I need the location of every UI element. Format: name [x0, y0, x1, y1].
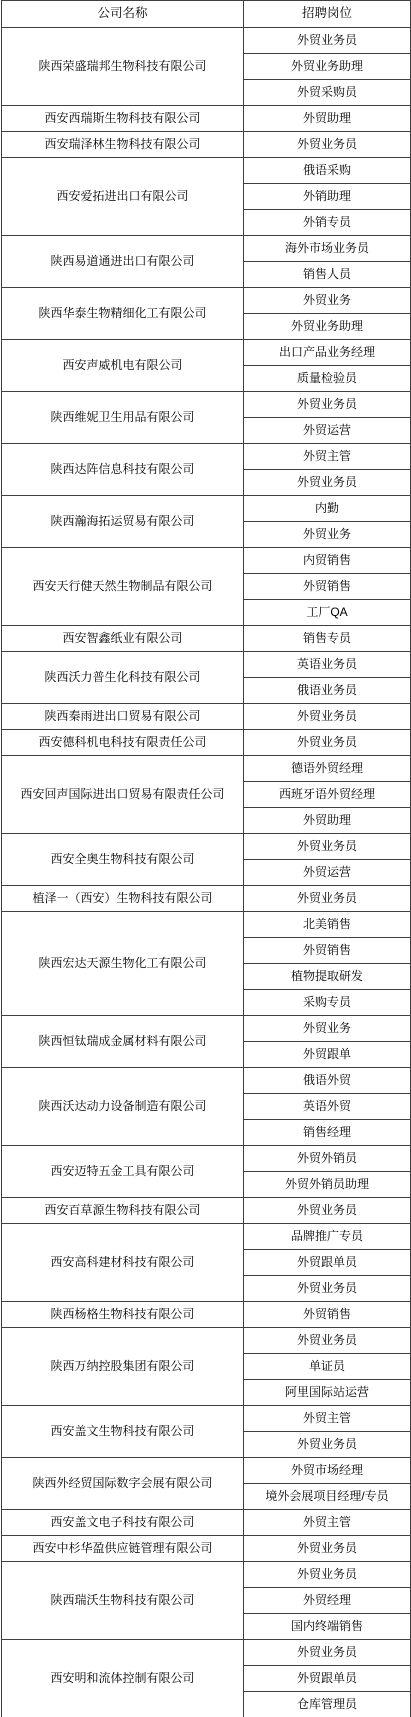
- table-row: 陕西瑞沃生物科技有限公司外贸业务员: [2, 1562, 411, 1588]
- company-name-cell: 陕西杨格生物科技有限公司: [2, 1302, 244, 1328]
- table-row: 陕西易道通进出口有限公司海外市场业务员: [2, 236, 411, 262]
- position-cell: 外贸业务助理: [244, 314, 411, 340]
- position-cell: 外贸业务员: [244, 1432, 411, 1458]
- position-cell: 销售经理: [244, 1120, 411, 1146]
- position-cell: 工厂QA: [244, 600, 411, 626]
- position-cell: 英语业务员: [244, 652, 411, 678]
- table-row: 西安回声国际进出口贸易有限责任公司德语外贸经理: [2, 756, 411, 782]
- position-cell: 外贸采购员: [244, 80, 411, 106]
- table-row: 西安盖文电子科技有限公司外贸主管: [2, 1510, 411, 1536]
- position-cell: 外贸运营: [244, 860, 411, 886]
- company-name-cell: 陕西沃达动力设备制造有限公司: [2, 1068, 244, 1146]
- position-cell: 外贸销售: [244, 574, 411, 600]
- position-cell: 内贸销售: [244, 548, 411, 574]
- table-row: 陕西荣盛瑞邦生物科技有限公司外贸业务员: [2, 28, 411, 54]
- position-cell: 销售专员: [244, 626, 411, 652]
- position-cell: 外贸业务员: [244, 1198, 411, 1224]
- table-row: 陕西宏达天源生物化工有限公司北美销售: [2, 912, 411, 938]
- table-row: 陕西华泰生物精细化工有限公司外贸业务: [2, 288, 411, 314]
- position-cell: 英语外贸: [244, 1094, 411, 1120]
- company-name-cell: 陕西秦雨进出口贸易有限公司: [2, 704, 244, 730]
- position-cell: 外贸业务员: [244, 886, 411, 912]
- header-row: 公司名称 招聘岗位: [2, 1, 411, 28]
- company-name-cell: 西安天行健天然生物制品有限公司: [2, 548, 244, 626]
- position-cell: 仓库管理员: [244, 1692, 411, 1717]
- table-row: 西安高科建材科技有限公司品牌推广专员: [2, 1224, 411, 1250]
- page: 公司名称 招聘岗位 陕西荣盛瑞邦生物科技有限公司外贸业务员外贸业务助理外贸采购员…: [0, 0, 411, 1717]
- position-cell: 外贸业务员: [244, 392, 411, 418]
- position-cell: 外贸业务员: [244, 28, 411, 54]
- company-name-cell: 陕西易道通进出口有限公司: [2, 236, 244, 288]
- position-cell: 外销专员: [244, 210, 411, 236]
- table-row: 植泽一（西安）生物科技有限公司外贸业务员: [2, 886, 411, 912]
- company-name-cell: 西安德科机电科技有限责任公司: [2, 730, 244, 756]
- table-row: 西安盖文生物科技有限公司外贸主管: [2, 1406, 411, 1432]
- position-cell: 西班牙语外贸经理: [244, 782, 411, 808]
- position-cell: 外贸跟单: [244, 1042, 411, 1068]
- table-header: 公司名称 招聘岗位: [2, 1, 411, 28]
- position-cell: 外贸业务员: [244, 1640, 411, 1666]
- position-cell: 外贸主管: [244, 444, 411, 470]
- position-cell: 单证员: [244, 1354, 411, 1380]
- position-cell: 外销助理: [244, 184, 411, 210]
- position-cell: 俄语业务员: [244, 678, 411, 704]
- company-name-cell: 西安中杉华盈供应链管理有限公司: [2, 1536, 244, 1562]
- position-cell: 北美销售: [244, 912, 411, 938]
- position-cell: 外贸经理: [244, 1588, 411, 1614]
- position-cell: 外贸业务员: [244, 1536, 411, 1562]
- position-cell: 销售人员: [244, 262, 411, 288]
- position-cell: 外贸业务员: [244, 470, 411, 496]
- company-name-cell: 西安盖文生物科技有限公司: [2, 1406, 244, 1458]
- position-cell: 外贸业务员: [244, 1562, 411, 1588]
- company-name-cell: 陕西华泰生物精细化工有限公司: [2, 288, 244, 340]
- table-row: 西安瑞泽林生物科技有限公司外贸业务员: [2, 132, 411, 158]
- position-cell: 质量检验员: [244, 366, 411, 392]
- company-name-cell: 西安回声国际进出口贸易有限责任公司: [2, 756, 244, 834]
- table-row: 陕西沃力普生化科技有限公司英语业务员: [2, 652, 411, 678]
- table-row: 陕西杨格生物科技有限公司外贸销售: [2, 1302, 411, 1328]
- table-row: 陕西秦雨进出口贸易有限公司外贸业务员: [2, 704, 411, 730]
- company-name-cell: 陕西荣盛瑞邦生物科技有限公司: [2, 28, 244, 106]
- position-cell: 外贸业务员: [244, 730, 411, 756]
- company-name-cell: 西安百草源生物科技有限公司: [2, 1198, 244, 1224]
- position-cell: 植物提取研发: [244, 964, 411, 990]
- company-name-cell: 西安高科建材科技有限公司: [2, 1224, 244, 1302]
- position-cell: 外贸市场经理: [244, 1458, 411, 1484]
- position-cell: 德语外贸经理: [244, 756, 411, 782]
- company-name-cell: 陕西达阵信息科技有限公司: [2, 444, 244, 496]
- table-row: 西安百草源生物科技有限公司外贸业务员: [2, 1198, 411, 1224]
- position-cell: 品牌推广专员: [244, 1224, 411, 1250]
- company-name-cell: 陕西宏达天源生物化工有限公司: [2, 912, 244, 1016]
- table-row: 西安全奥生物科技有限公司外贸业务员: [2, 834, 411, 860]
- company-name-cell: 西安声威机电有限公司: [2, 340, 244, 392]
- position-cell: 俄语外贸: [244, 1068, 411, 1094]
- table-row: 西安德科机电科技有限责任公司外贸业务员: [2, 730, 411, 756]
- position-cell: 外贸销售: [244, 1302, 411, 1328]
- position-cell: 外贸销售: [244, 938, 411, 964]
- table-row: 陕西达阵信息科技有限公司外贸主管: [2, 444, 411, 470]
- company-name-cell: 陕西瑞沃生物科技有限公司: [2, 1562, 244, 1640]
- company-name-cell: 陕西外经贸国际数字会展有限公司: [2, 1458, 244, 1510]
- position-cell: 外贸业务员: [244, 132, 411, 158]
- position-cell: 海外市场业务员: [244, 236, 411, 262]
- position-column-header: 招聘岗位: [244, 1, 411, 28]
- company-name-cell: 西安智鑫纸业有限公司: [2, 626, 244, 652]
- position-cell: 外贸助理: [244, 808, 411, 834]
- table-body: 陕西荣盛瑞邦生物科技有限公司外贸业务员外贸业务助理外贸采购员西安西瑞斯生物科技有…: [2, 28, 411, 1717]
- position-cell: 出口产品业务经理: [244, 340, 411, 366]
- position-cell: 外贸业务: [244, 522, 411, 548]
- company-name-cell: 西安盖文电子科技有限公司: [2, 1510, 244, 1536]
- table-row: 西安明和流体控制有限公司外贸业务员: [2, 1640, 411, 1666]
- company-name-cell: 西安爱拓进出口有限公司: [2, 158, 244, 236]
- table-row: 西安迈特五金工具有限公司外贸外销员: [2, 1146, 411, 1172]
- table-row: 西安声威机电有限公司出口产品业务经理: [2, 340, 411, 366]
- position-cell: 外贸业务助理: [244, 54, 411, 80]
- position-cell: 外贸业务: [244, 288, 411, 314]
- company-name-cell: 西安全奥生物科技有限公司: [2, 834, 244, 886]
- table-row: 西安天行健天然生物制品有限公司内贸销售: [2, 548, 411, 574]
- company-name-cell: 陕西恒钛瑞成金属材料有限公司: [2, 1016, 244, 1068]
- table-row: 西安中杉华盈供应链管理有限公司外贸业务员: [2, 1536, 411, 1562]
- company-name-cell: 西安瑞泽林生物科技有限公司: [2, 132, 244, 158]
- table-row: 西安智鑫纸业有限公司销售专员: [2, 626, 411, 652]
- company-name-cell: 西安迈特五金工具有限公司: [2, 1146, 244, 1198]
- position-cell: 外贸主管: [244, 1510, 411, 1536]
- company-name-cell: 陕西万纳控股集团有限公司: [2, 1328, 244, 1406]
- table-row: 陕西瀚海拓运贸易有限公司内勤: [2, 496, 411, 522]
- position-cell: 内勤: [244, 496, 411, 522]
- position-cell: 境外会展项目经理/专员: [244, 1484, 411, 1510]
- company-name-cell: 陕西沃力普生化科技有限公司: [2, 652, 244, 704]
- position-cell: 外贸业务员: [244, 1328, 411, 1354]
- recruitment-table: 公司名称 招聘岗位 陕西荣盛瑞邦生物科技有限公司外贸业务员外贸业务助理外贸采购员…: [1, 0, 411, 1717]
- position-cell: 外贸助理: [244, 106, 411, 132]
- table-row: 陕西沃达动力设备制造有限公司俄语外贸: [2, 1068, 411, 1094]
- table-row: 西安西瑞斯生物科技有限公司外贸助理: [2, 106, 411, 132]
- table-row: 陕西维妮卫生用品有限公司外贸业务员: [2, 392, 411, 418]
- company-column-header: 公司名称: [2, 1, 244, 28]
- position-cell: 国内终端销售: [244, 1614, 411, 1640]
- position-cell: 外贸跟单员: [244, 1250, 411, 1276]
- position-cell: 外贸外销员: [244, 1146, 411, 1172]
- position-cell: 外贸业务员: [244, 704, 411, 730]
- position-cell: 阿里国际站运营: [244, 1380, 411, 1406]
- table-row: 陕西外经贸国际数字会展有限公司外贸市场经理: [2, 1458, 411, 1484]
- position-cell: 采购专员: [244, 990, 411, 1016]
- position-cell: 俄语采购: [244, 158, 411, 184]
- position-cell: 外贸跟单员: [244, 1666, 411, 1692]
- table-row: 西安爱拓进出口有限公司俄语采购: [2, 158, 411, 184]
- position-cell: 外贸主管: [244, 1406, 411, 1432]
- table-row: 陕西万纳控股集团有限公司外贸业务员: [2, 1328, 411, 1354]
- company-name-cell: 植泽一（西安）生物科技有限公司: [2, 886, 244, 912]
- position-cell: 外贸外销员助理: [244, 1172, 411, 1198]
- position-cell: 外贸业务员: [244, 834, 411, 860]
- table-row: 陕西恒钛瑞成金属材料有限公司外贸业务: [2, 1016, 411, 1042]
- company-name-cell: 陕西瀚海拓运贸易有限公司: [2, 496, 244, 548]
- position-cell: 外贸运营: [244, 418, 411, 444]
- company-name-cell: 西安明和流体控制有限公司: [2, 1640, 244, 1717]
- position-cell: 外贸业务员: [244, 1276, 411, 1302]
- company-name-cell: 西安西瑞斯生物科技有限公司: [2, 106, 244, 132]
- company-name-cell: 陕西维妮卫生用品有限公司: [2, 392, 244, 444]
- position-cell: 外贸业务: [244, 1016, 411, 1042]
